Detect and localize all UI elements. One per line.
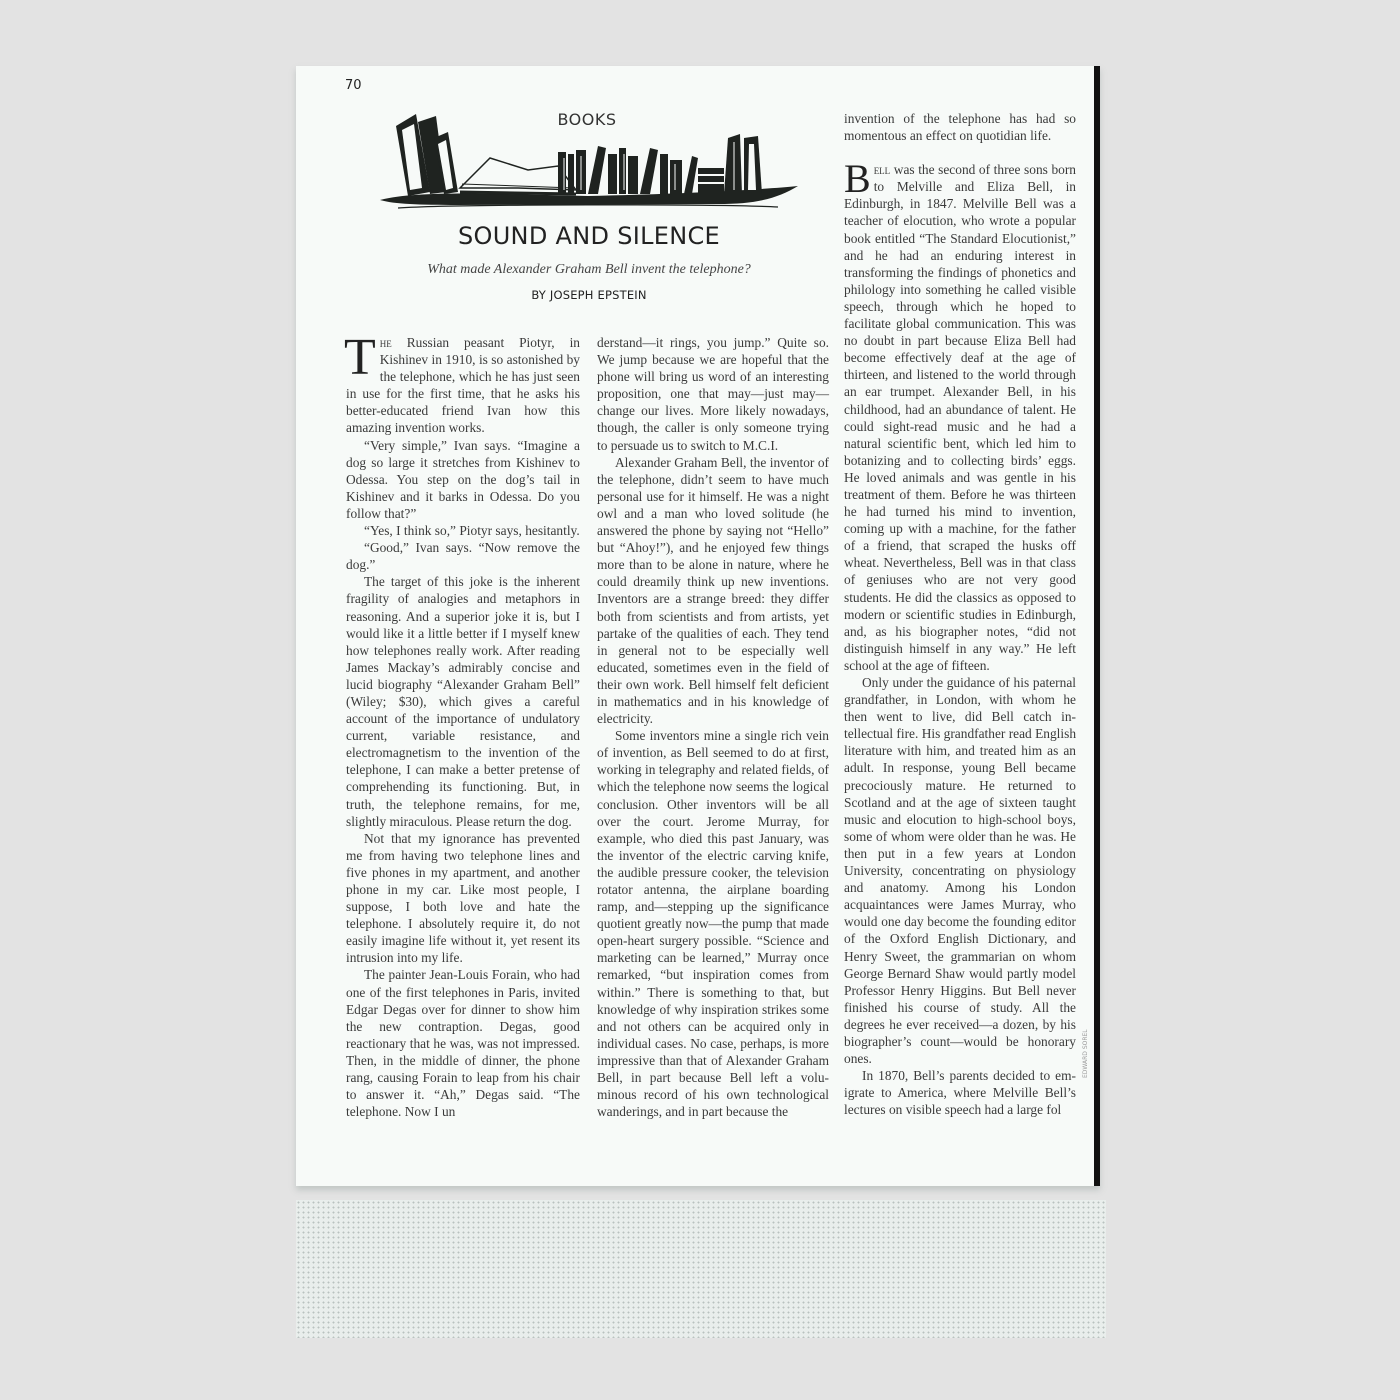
paragraph: “Yes, I think so,” Piotyr says, hesitant… <box>346 522 580 539</box>
text-column-3: invention of the telephone has had so mo… <box>844 110 1076 1118</box>
text-column-1: The Russian peasant Piotyr, in Kishinev … <box>346 334 580 1120</box>
paragraph: The Russian peasant Piotyr, in Kishinev … <box>346 334 580 437</box>
illustration-credit: EDWARD SOREL <box>1082 1029 1089 1078</box>
paragraph: Only under the guidance of his pater­nal… <box>844 674 1076 1067</box>
paragraph: “Good,” Ivan says. “Now remove the dog.” <box>346 539 580 573</box>
paragraph: In 1870, Bell’s parents decided to em­ig… <box>844 1067 1076 1118</box>
paragraph: Alexander Graham Bell, the inven­tor of … <box>597 454 829 728</box>
paragraph: invention of the telephone has had so mo… <box>844 110 1076 144</box>
paragraph: derstand—it rings, you jump.” Quite so. … <box>597 334 829 454</box>
paragraph: The painter Jean-Louis Forain, who had o… <box>346 966 580 1120</box>
paragraph: The target of this joke is the inher­ent… <box>346 573 580 829</box>
article-byline: BY JOSEPH EPSTEIN <box>380 288 798 302</box>
page-reflection <box>296 1200 1106 1338</box>
text-column-2: derstand—it rings, you jump.” Quite so. … <box>597 334 829 1120</box>
section-label: BOOKS <box>552 110 622 129</box>
drop-cap: B <box>844 163 871 195</box>
paragraph: Not that my ignorance has prevented me f… <box>346 830 580 967</box>
page-number: 70 <box>345 78 362 93</box>
paragraph: “Very simple,” Ivan says. “Imagine a dog… <box>346 437 580 522</box>
page-spine-edge <box>1094 66 1100 1186</box>
article-subtitle: What made Alexander Graham Bell invent t… <box>380 262 798 278</box>
drop-cap: T <box>344 337 376 379</box>
paragraph: Bell was the second of three sons born t… <box>844 161 1076 674</box>
paragraph: Some inventors mine a single rich vein o… <box>597 727 829 1120</box>
article-title: SOUND AND SILENCE <box>380 222 798 250</box>
